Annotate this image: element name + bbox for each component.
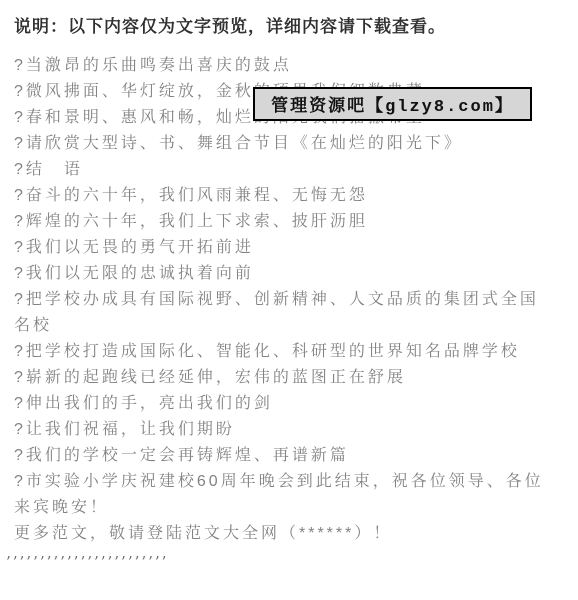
preview-line: ?伸出我们的手，亮出我们的剑 — [14, 391, 570, 417]
document-preview-page: 说明：以下内容仅为文字预览，详细内容请下载查看。 管理资源吧【glzy8.com… — [0, 0, 578, 600]
preview-line: ?市实验小学庆祝建校60周年晚会到此结束，祝各位领导、各位 — [14, 469, 570, 495]
trailing-dots-row: ’’’’’’’’’’’’’’’’’’’’’’’’ — [6, 551, 578, 573]
watermark-box: 管理资源吧【glzy8.com】 — [253, 87, 532, 121]
preview-line: 来宾晚安！ — [14, 495, 570, 521]
preview-line: ?把学校打造成国际化、智能化、科研型的世界知名品牌学校 — [14, 339, 570, 365]
preview-line: ?我们的学校一定会再铸辉煌、再谱新篇 — [14, 443, 570, 469]
preview-line: ?让我们祝福，让我们期盼 — [14, 417, 570, 443]
preview-line: ?请欣赏大型诗、书、舞组合节目《在灿烂的阳光下》 — [14, 131, 570, 157]
preview-line: ?把学校办成具有国际视野、创新精神、人文品质的集团式全国 — [14, 287, 570, 313]
watermark-text: 管理资源吧【glzy8.com】 — [271, 91, 514, 117]
preview-line: ?结 语 — [14, 157, 570, 183]
preview-line: ?我们以无畏的勇气开拓前进 — [14, 235, 570, 261]
preview-line: ?奋斗的六十年，我们风雨兼程、无悔无怨 — [14, 183, 570, 209]
preview-line: ?辉煌的六十年，我们上下求索、披肝沥胆 — [14, 209, 570, 235]
preview-line: 更多范文，敬请登陆范文大全网（******）！ — [14, 521, 570, 547]
preview-line: ?我们以无限的忠诚执着向前 — [14, 261, 570, 287]
preview-line: ?崭新的起跑线已经延伸，宏伟的蓝图正在舒展 — [14, 365, 570, 391]
preview-line: 名校 — [14, 313, 570, 339]
preview-text-body: ?当激昂的乐曲鸣奏出喜庆的鼓点 ?微风拂面、华灯绽放，金秋的硕果我们细数典藏 ?… — [14, 53, 570, 547]
preview-line: ?当激昂的乐曲鸣奏出喜庆的鼓点 — [14, 53, 570, 79]
preview-notice-header: 说明：以下内容仅为文字预览，详细内容请下载查看。 — [0, 0, 578, 38]
